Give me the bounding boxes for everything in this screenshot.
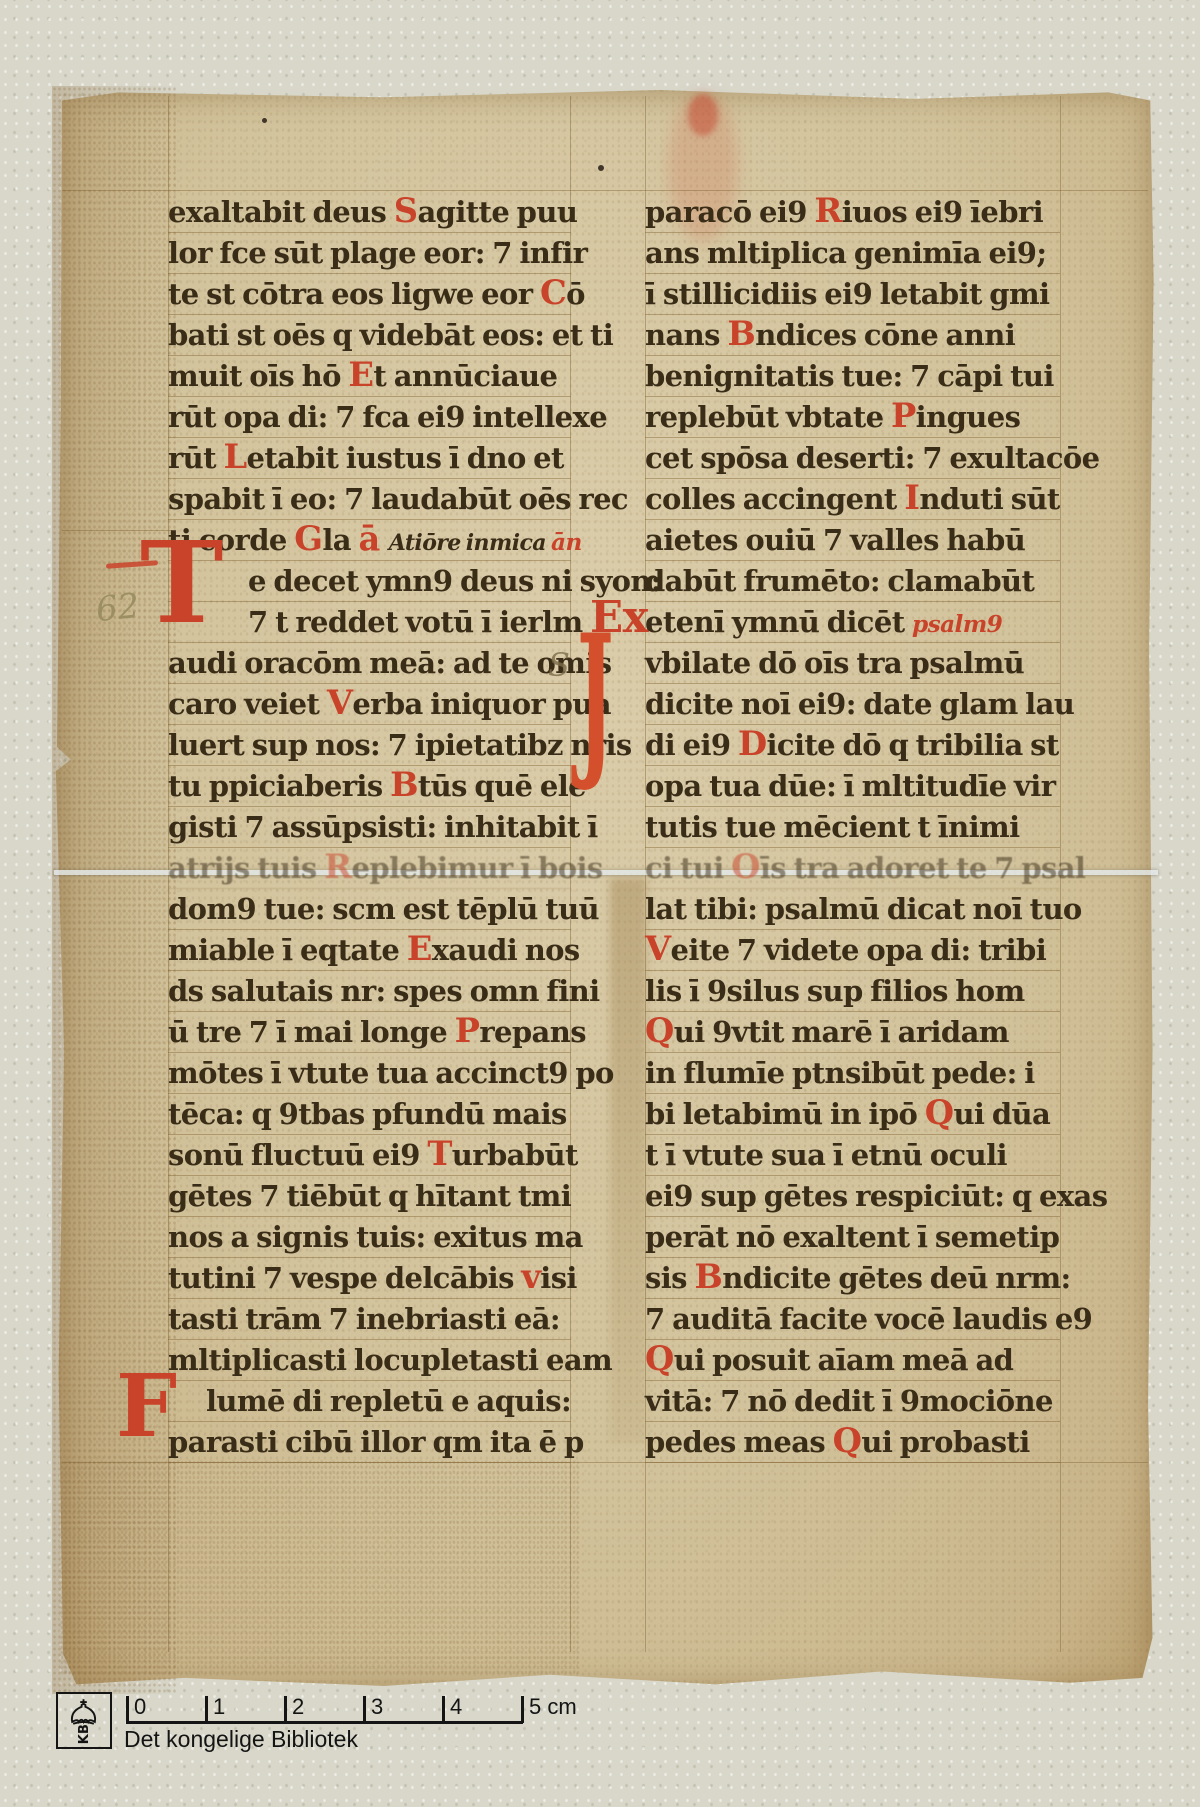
- manuscript-line: tu ppiciaberis Btūs quē ele: [168, 766, 571, 807]
- royal-library-logo: KB: [56, 1692, 112, 1749]
- text-segment: R: [324, 846, 351, 886]
- ruler-tick-label: 3: [371, 1694, 383, 1720]
- manuscript-line: in flumīe ptnsibūt pede: i: [645, 1053, 1060, 1094]
- text-segment: rūt opa di: 7 fca ei9 intellexe: [168, 400, 607, 434]
- manuscript-line: paracō ei9 Riuos ei9 īebri: [645, 192, 1060, 233]
- text-segment: agitte puu: [417, 195, 577, 229]
- text-segment: S: [394, 190, 418, 230]
- manuscript-line: lat tibi: psalmū dicat noī tuo: [645, 889, 1060, 930]
- manuscript-line: lor fce sūt plage eor: 7 infir: [168, 233, 571, 274]
- text-segment: sis: [645, 1261, 694, 1295]
- text-segment: ndicite gētes deū nrm:: [722, 1261, 1070, 1295]
- ruler-tick: [442, 1696, 445, 1723]
- manuscript-line: ei9 sup gētes respiciūt: q exas: [645, 1176, 1060, 1217]
- text-segment: Q: [645, 1338, 674, 1378]
- text-segment: colles accingent: [645, 482, 904, 516]
- manuscript-line: Veite 7 videte opa di: tribi: [645, 930, 1060, 971]
- text-segment: G: [294, 518, 322, 558]
- manuscript-line: dicite noī ei9: date glam lau: [645, 684, 1060, 725]
- text-segment: E: [348, 354, 373, 394]
- text-segment: pedes meas: [645, 1425, 833, 1459]
- text-segment: dabūt frumēto: clamabūt: [645, 564, 1034, 598]
- manuscript-line: parasti cibū illor qm ita ē p: [168, 1422, 571, 1463]
- text-segment: nduti sūt: [919, 482, 1059, 516]
- text-segment: 7 auditā facite vocē laudis e9: [645, 1302, 1092, 1336]
- text-segment: ds salutais nr: spes omn fini: [168, 974, 600, 1008]
- text-segment: psalm9: [912, 611, 1002, 638]
- manuscript-line: cet spōsa deserti: 7 exultacōe: [645, 438, 1060, 479]
- text-segment: īs tra adoret te 7 psal: [760, 851, 1085, 885]
- text-segment: I: [904, 477, 919, 517]
- manuscript-line: rūt opa di: 7 fca ei9 intellexe: [168, 397, 571, 438]
- text-segment: B: [390, 764, 418, 804]
- text-segment: urbabūt: [452, 1138, 578, 1172]
- manuscript-line: rūt Letabit iustus ī dno et: [168, 438, 571, 479]
- text-segment: nans: [645, 318, 727, 352]
- centimeter-scale: 012345 cm: [126, 1696, 626, 1724]
- rubric-initial-F: F: [116, 1364, 177, 1450]
- text-segment: O: [731, 846, 760, 886]
- manuscript-line: aietes ouiū 7 valles habū: [645, 520, 1060, 561]
- manuscript-line: tēca: q 9tbas pfundū mais: [168, 1094, 571, 1135]
- text-segment: gisti 7 assūpsisti: inhitabit ī: [168, 810, 598, 844]
- text-segment: eplebimur ī bois: [351, 851, 602, 885]
- text-segment: t annūciaue: [373, 359, 557, 393]
- text-segment: ei9 sup gētes respiciūt: q exas: [645, 1179, 1107, 1213]
- manuscript-line: ū tre 7 ī mai longe Prepans: [168, 1012, 571, 1053]
- ink-fleck: [262, 118, 267, 123]
- text-segment: T: [427, 1133, 451, 1173]
- manuscript-line: miable ī eqtate Exaudi nos: [168, 930, 571, 971]
- text-segment: spabit ī eo: 7 laudabūt oēs rec: [168, 482, 628, 516]
- text-segment: in flumīe ptnsibūt pede: i: [645, 1056, 1035, 1090]
- text-segment: miable ī eqtate: [168, 933, 407, 967]
- text-segment: benignitatis tue: 7 cāpi tui: [645, 359, 1054, 393]
- ruler-tick-label: 4: [450, 1694, 462, 1720]
- text-segment: paracō ei9: [645, 195, 814, 229]
- manuscript-line: e decet ymn9 deus ni syon:: [168, 561, 571, 602]
- text-segment: tutini 7 vespe delcābis: [168, 1261, 521, 1295]
- manuscript-line: exaltabit deus Sagitte puu: [168, 192, 571, 233]
- manuscript-line: ti corde Gla ā Atiōre inmica ān: [168, 520, 571, 561]
- text-segment: ui dūa: [953, 1097, 1050, 1131]
- text-segment: D: [738, 723, 767, 763]
- manuscript-line: caro veiet Verba iniquor pua: [168, 684, 571, 725]
- manuscript-line: ī stillicidiis ei9 letabit gmi: [645, 274, 1060, 315]
- manuscript-line: mltiplicasti locupletasti eam: [168, 1340, 571, 1381]
- text-segment: nos a signis tuis: exitus ma: [168, 1220, 583, 1254]
- text-segment: tasti trām 7 inebriasti eā:: [168, 1302, 560, 1336]
- manuscript-line: lis ī 9silus sup filios hom: [645, 971, 1060, 1012]
- text-segment: parasti cibū illor qm ita ē p: [168, 1425, 584, 1459]
- manuscript-line: tasti trām 7 inebriasti eā:: [168, 1299, 571, 1340]
- ruler-tick-label: 2: [292, 1694, 304, 1720]
- text-segment: ān: [551, 529, 582, 556]
- manuscript-line: 7 auditā facite vocē laudis e9: [645, 1299, 1060, 1340]
- text-segment: mltiplicasti locupletasti eam: [168, 1343, 612, 1377]
- ruling-horizontal: [62, 190, 1148, 191]
- gutter-correction-mark: S: [548, 646, 570, 684]
- manuscript-line: Qui posuit aīam meā ad: [645, 1340, 1060, 1381]
- text-segment: E: [407, 928, 432, 968]
- manuscript-line: vitā: 7 nō dedit ī 9mociōne: [645, 1381, 1060, 1422]
- text-segment: tutis tue mēcient t īnimi: [645, 810, 1020, 844]
- text-segment: lumē di repletū e aquis:: [206, 1384, 571, 1418]
- text-segment: R: [814, 190, 841, 230]
- manuscript-line: gētes 7 tiēbūt q hītant tmi: [168, 1176, 571, 1217]
- manuscript-line: lumē di repletū e aquis:: [168, 1381, 571, 1422]
- manuscript-line: audi oracōm meā: ad te omis: [168, 643, 571, 684]
- text-segment: ingues: [916, 400, 1021, 434]
- manuscript-line: te st cōtra eos ligwe eor Cō: [168, 274, 571, 315]
- manuscript-line: Qui 9vtit marē ī aridam: [645, 1012, 1060, 1053]
- text-segment: P: [455, 1010, 480, 1050]
- text-segment: Q: [645, 1010, 674, 1050]
- text-segment: di ei9: [645, 728, 738, 762]
- ruler-tick: [284, 1696, 287, 1723]
- manuscript-line: bi letabimū in ipō Qui dūa: [645, 1094, 1060, 1135]
- text-segment: t ī vtute sua ī etnū oculi: [645, 1138, 1007, 1172]
- manuscript-line: benignitatis tue: 7 cāpi tui: [645, 356, 1060, 397]
- text-segment: audi oracōm meā: ad te omis: [168, 646, 611, 680]
- text-segment: xaudi nos: [432, 933, 580, 967]
- text-segment: ī stillicidiis ei9 letabit gmi: [645, 277, 1049, 311]
- manuscript-line: dabūt frumēto: clamabūt: [645, 561, 1060, 602]
- manuscript-line: nos a signis tuis: exitus ma: [168, 1217, 571, 1258]
- text-segment: gētes 7 tiēbūt q hītant tmi: [168, 1179, 571, 1213]
- text-segment: vbilate dō oīs tra psalmū: [645, 646, 1024, 680]
- text-segment: cet spōsa deserti: 7 exultacōe: [645, 441, 1100, 475]
- text-segment: sonū fluctuū ei9: [168, 1138, 427, 1172]
- text-segment: tu ppiciaberis: [168, 769, 390, 803]
- text-segment: isi: [540, 1261, 577, 1295]
- manuscript-line: vbilate dō oīs tra psalmū: [645, 643, 1060, 684]
- manuscript-scan-page: exaltabit deus Sagitte puulor fce sūt pl…: [0, 0, 1200, 1807]
- ink-fleck: [598, 165, 604, 171]
- manuscript-line: luert sup nos: 7 ipietatibz nris: [168, 725, 571, 766]
- manuscript-line: colles accingent Induti sūt: [645, 479, 1060, 520]
- text-segment: tēca: q 9tbas pfundū mais: [168, 1097, 567, 1131]
- text-segment: perāt nō exaltent ī semetip: [645, 1220, 1059, 1254]
- manuscript-line: spabit ī eo: 7 laudabūt oēs rec: [168, 479, 571, 520]
- text-segment: opa tua dūe: ī mltitudīe vir: [645, 769, 1055, 803]
- text-segment: ā: [358, 518, 388, 558]
- text-segment: lor fce sūt plage eor: 7 infir: [168, 236, 587, 270]
- manuscript-line: opa tua dūe: ī mltitudīe vir: [645, 766, 1060, 807]
- text-segment: mōtes ī vtute tua accinct9 po: [168, 1056, 614, 1090]
- text-segment: dom9 tue: scm est tēplū tuū: [168, 892, 599, 926]
- manuscript-line: mōtes ī vtute tua accinct9 po: [168, 1053, 571, 1094]
- manuscript-line: replebūt vbtate Pingues: [645, 397, 1060, 438]
- ruler-tick-label: 0: [134, 1694, 146, 1720]
- text-segment: dicite noī ei9: date glam lau: [645, 687, 1074, 721]
- text-segment: bi letabimū in ipō: [645, 1097, 925, 1131]
- text-segment: Atiōre inmica: [389, 530, 551, 556]
- rubric-initial-J: J: [577, 612, 614, 780]
- text-segment: replebūt vbtate: [645, 400, 891, 434]
- text-segment: L: [223, 436, 246, 476]
- text-segment: tūs quē ele: [418, 769, 586, 803]
- manuscript-line: ds salutais nr: spes omn fini: [168, 971, 571, 1012]
- manuscript-line: di ei9 Dicite dō q tribilia st: [645, 725, 1060, 766]
- text-segment: atrijs tuis: [168, 851, 324, 885]
- text-segment: C: [540, 272, 566, 312]
- text-segment: repans: [479, 1015, 586, 1049]
- rubric-initial-T: T: [140, 528, 223, 640]
- crown-icon: KB: [58, 1694, 109, 1746]
- library-monogram: KB: [77, 1724, 92, 1744]
- text-segment: la: [322, 523, 358, 557]
- manuscript-line: tutini 7 vespe delcābis visi: [168, 1258, 571, 1299]
- text-segment: aietes ouiū 7 valles habū: [645, 523, 1025, 557]
- text-segment: vitā: 7 nō dedit ī 9mociōne: [645, 1384, 1053, 1418]
- manuscript-line: muit oīs hō Et annūciaue: [168, 356, 571, 397]
- manuscript-line: bati st oēs q videbāt eos: et ti: [168, 315, 571, 356]
- text-segment: etabit iustus ī dno et: [247, 441, 564, 475]
- text-segment: ui posuit aīam meā ad: [674, 1343, 1014, 1377]
- text-segment: exaltabit deus: [168, 195, 394, 229]
- text-segment: P: [891, 395, 916, 435]
- manuscript-line: atrijs tuis Replebimur ī bois: [168, 848, 571, 889]
- text-segment: iuos ei9 īebri: [842, 195, 1043, 229]
- manuscript-line: nans Bndices cōne anni: [645, 315, 1060, 356]
- ruler-tick-label: 5 cm: [529, 1694, 577, 1720]
- ruler-baseline: [126, 1721, 523, 1724]
- ruler-tick-label: 1: [213, 1694, 225, 1720]
- text-segment: te st cōtra eos ligwe eor: [168, 277, 540, 311]
- manuscript-line: perāt nō exaltent ī semetip: [645, 1217, 1060, 1258]
- text-segment: ō: [566, 277, 585, 311]
- text-column-left: exaltabit deus Sagitte puulor fce sūt pl…: [168, 192, 571, 1463]
- text-segment: B: [727, 313, 755, 353]
- manuscript-line: etenī ymnū dicēt psalm9: [645, 602, 1060, 643]
- text-segment: caro veiet: [168, 687, 327, 721]
- marginal-folio-number: 62: [94, 586, 141, 630]
- ruler-tick: [521, 1696, 524, 1723]
- manuscript-line: sis Bndicite gētes deū nrm:: [645, 1258, 1060, 1299]
- text-segment: luert sup nos: 7 ipietatibz nris: [168, 728, 632, 762]
- text-segment: rūt: [168, 441, 223, 475]
- text-segment: v: [521, 1256, 540, 1296]
- manuscript-line: dom9 tue: scm est tēplū tuū: [168, 889, 571, 930]
- manuscript-line: gisti 7 assūpsisti: inhitabit ī: [168, 807, 571, 848]
- manuscript-line: ci tui Oīs tra adoret te 7 psal: [645, 848, 1060, 889]
- text-segment: B: [694, 1256, 722, 1296]
- text-segment: ui 9vtit marē ī aridam: [674, 1015, 1009, 1049]
- text-segment: 7 t reddet votū ī ierlm: [248, 605, 590, 639]
- manuscript-line: sonū fluctuū ei9 Turbabūt: [168, 1135, 571, 1176]
- text-segment: lat tibi: psalmū dicat noī tuo: [645, 892, 1082, 926]
- text-segment: muit oīs hō: [168, 359, 348, 393]
- manuscript-line: tutis tue mēcient t īnimi: [645, 807, 1060, 848]
- manuscript-line: t ī vtute sua ī etnū oculi: [645, 1135, 1060, 1176]
- ruler-tick: [205, 1696, 208, 1723]
- manuscript-line: ans mltiplica genimīa ei9;: [645, 233, 1060, 274]
- text-segment: ū tre 7 ī mai longe: [168, 1015, 455, 1049]
- ruler-tick: [363, 1696, 366, 1723]
- text-column-right: paracō ei9 Riuos ei9 īebrians mltiplica …: [645, 192, 1060, 1463]
- library-name-label: Det kongelige Bibliotek: [124, 1726, 358, 1753]
- text-segment: lis ī 9silus sup filios hom: [645, 974, 1025, 1008]
- text-segment: icite dō q tribilia st: [767, 728, 1059, 762]
- manuscript-line: pedes meas Qui probasti: [645, 1422, 1060, 1463]
- text-segment: ci tui: [645, 851, 731, 885]
- text-segment: eite 7 videte opa di: tribi: [671, 933, 1047, 967]
- text-segment: erba iniquor pua: [352, 687, 611, 721]
- text-segment: Q: [833, 1420, 862, 1460]
- text-segment: V: [645, 928, 671, 968]
- text-segment: etenī ymnū dicēt: [645, 605, 912, 639]
- text-segment: bati st oēs q videbāt eos: et ti: [168, 318, 613, 352]
- manuscript-line: 7 t reddet votū ī ierlm Ex: [168, 602, 571, 643]
- ruler-tick: [126, 1696, 129, 1723]
- text-segment: ui probasti: [861, 1425, 1029, 1459]
- text-segment: ans mltiplica genimīa ei9;: [645, 236, 1046, 270]
- text-segment: Q: [925, 1092, 954, 1132]
- text-segment: V: [327, 682, 353, 722]
- text-segment: ndices cōne anni: [755, 318, 1015, 352]
